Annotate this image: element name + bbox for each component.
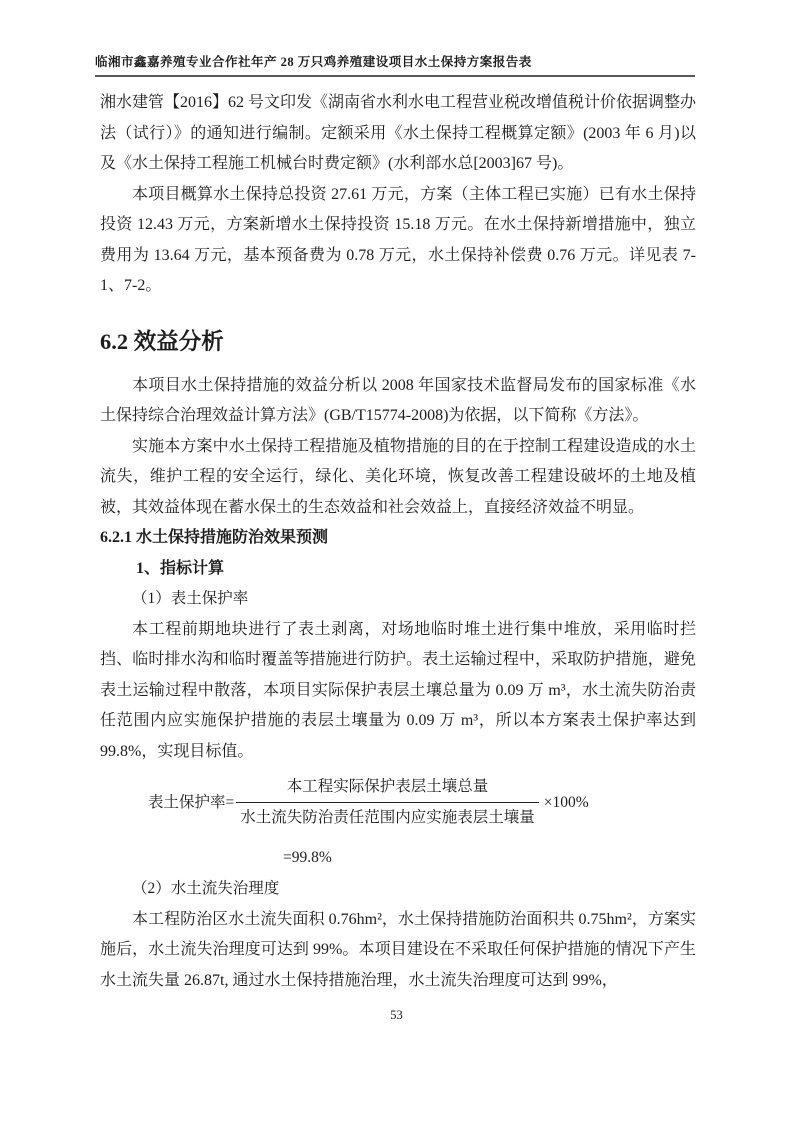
formula-denominator: 水土流失防治责任范围内应实施表层土壤量 <box>236 803 539 831</box>
paragraph-investment-summary: 本项目概算水土保持总投资 27.61 万元，方案（主体工程已实施）已有水土保持投… <box>100 180 696 302</box>
formula-numerator: 本工程实际保护表层土壤总量 <box>236 774 539 803</box>
page-header-title: 临湘市鑫嘉养殖专业合作社年产 28 万只鸡养殖建设项目水土保持方案报告表 <box>95 52 695 77</box>
paragraph-erosion-control: 本工程防治区水土流失面积 0.76hm²，水土保持措施防治面积共 0.75hm²… <box>100 905 696 997</box>
formula-row: 表土保护率= 本工程实际保护表层土壤总量 水土流失防治责任范围内应实施表层土壤量… <box>148 774 696 831</box>
section-heading-benefit-analysis: 6.2 效益分析 <box>100 327 696 357</box>
formula-multiplier: ×100% <box>544 790 589 816</box>
item-heading-indicator-calculation: 1、指标计算 <box>136 554 696 585</box>
paragraph-regulation-basis: 湘水建管【2016】62 号文印发《湖南省水利水电工程营业税改增值税计价依据调整… <box>100 88 696 180</box>
subitem-heading-erosion-control-degree: （2）水土流失治理度 <box>132 874 696 905</box>
formula-lhs: 表土保护率= <box>148 790 234 816</box>
page-number: 53 <box>0 1008 793 1023</box>
formula-result: =99.8% <box>283 845 696 871</box>
paragraph-analysis-basis: 本项目水土保持措施的效益分析以 2008 年国家技术监督局发布的国家标准《水土保… <box>100 371 696 432</box>
formula-fraction: 本工程实际保护表层土壤总量 水土流失防治责任范围内应实施表层土壤量 <box>236 774 539 831</box>
subsection-heading-effect-prediction: 6.2.1 水土保持措施防治效果预测 <box>100 523 696 554</box>
paragraph-topsoil-protection: 本工程前期地块进行了表土剥离，对场地临时堆土进行集中堆放，采用临时拦挡、临时排水… <box>100 615 696 768</box>
document-page: 临湘市鑫嘉养殖专业合作社年产 28 万只鸡养殖建设项目水土保持方案报告表 湘水建… <box>0 0 793 1122</box>
subitem-heading-topsoil-protection-rate: （1）表土保护率 <box>132 584 696 615</box>
formula-topsoil-protection-rate: 表土保护率= 本工程实际保护表层土壤总量 水土流失防治责任范围内应实施表层土壤量… <box>148 774 696 871</box>
document-body: 湘水建管【2016】62 号文印发《湖南省水利水电工程营业税改增值税计价依据调整… <box>100 88 696 996</box>
paragraph-measures-purpose: 实施本方案中水土保持工程措施及植物措施的目的在于控制工程建设造成的水土流失，维护… <box>100 432 696 524</box>
